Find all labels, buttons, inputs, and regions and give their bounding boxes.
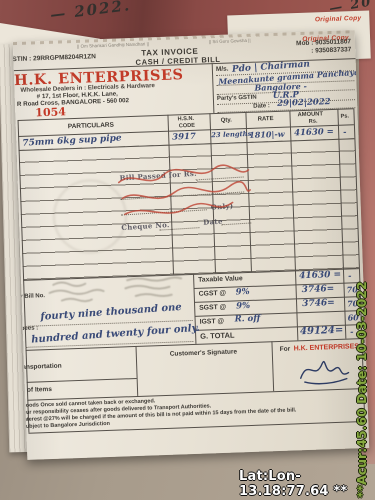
sgst-label: SGST @: [199, 304, 226, 312]
col-header-qty: Qty.: [221, 117, 232, 123]
grand-total-label: G. TOTAL: [200, 331, 235, 341]
terms-border-top: [27, 388, 363, 401]
seller-gstin: GSTIN : 29RRGPM8204R1ZN: [13, 53, 96, 63]
sig-divider-1: [135, 346, 138, 396]
col-header-particulars: PARTICULARS: [68, 122, 114, 131]
sgst-percent: 9%: [236, 301, 250, 311]
photo-of-invoice: — 2022. — 20 Original Copy Original Copy…: [0, 0, 375, 500]
mobile-number-2: : 9350837337: [311, 46, 351, 54]
grand-total-value: 49124=: [300, 325, 344, 338]
transportation-row-line: [27, 378, 137, 383]
totals-line-3: [194, 310, 360, 317]
blessing-right: || Sri Guru Gowsha ||: [209, 38, 251, 44]
item-amount: 41630 =: [294, 127, 334, 138]
sgst-value: 3746=: [302, 298, 335, 309]
cgst-label: CGST @: [199, 290, 227, 298]
taxable-value: 41630 =: [299, 270, 341, 281]
totals-line-2: [194, 296, 360, 303]
igst-label: IGST @: [200, 318, 225, 326]
customer-signature-label: Customer's Signature: [170, 348, 238, 357]
col-header-amount: AMOUNT: [297, 111, 323, 118]
item-qty: 23 lengths: [211, 130, 252, 139]
col-header-rs: Rs.: [309, 119, 318, 125]
customer-block-divider: [212, 63, 215, 113]
blessing-left: || Om Shankari Gandhiji Namdhari ||: [77, 41, 149, 49]
taxable-value-ps: -: [348, 270, 352, 280]
col-header-ps: Ps.: [341, 113, 350, 119]
of-items-label: of Items: [27, 386, 52, 394]
invoice-sheet: Original Copy || Om Shankari Gandhiji Na…: [13, 30, 369, 460]
item-amount-ps: -: [343, 127, 347, 137]
cgst-percent: 9%: [236, 287, 250, 297]
ms-label: M/s.: [216, 66, 229, 73]
for-label: For: [280, 346, 291, 353]
original-copy-label-behind: Original Copy: [315, 15, 362, 24]
taxable-value-label: Taxable Value: [198, 275, 243, 284]
sig-divider-2: [271, 341, 274, 391]
col-header-rate: RATE: [258, 116, 274, 123]
igst-roundoff-note: R. off: [234, 314, 260, 325]
col-header-hsn-2: CODE: [179, 123, 195, 130]
item-rate: 1810|-w: [249, 129, 285, 140]
red-ink-scribble: [113, 160, 255, 225]
proprietor-signature: [294, 350, 355, 386]
col-header-hsn: H.S.N.: [178, 116, 195, 123]
item-hsn: 3917: [172, 132, 196, 143]
cgst-value: 3746=: [301, 284, 334, 295]
gps-watermark-accuracy-date: **Acur:45.60 Date: 10-03-2022: [354, 281, 369, 498]
bill-number: 1054: [35, 105, 66, 119]
company-address-2: R Road Cross, BANGALORE - 560 002: [17, 97, 129, 108]
totals-line-1: [194, 282, 360, 289]
